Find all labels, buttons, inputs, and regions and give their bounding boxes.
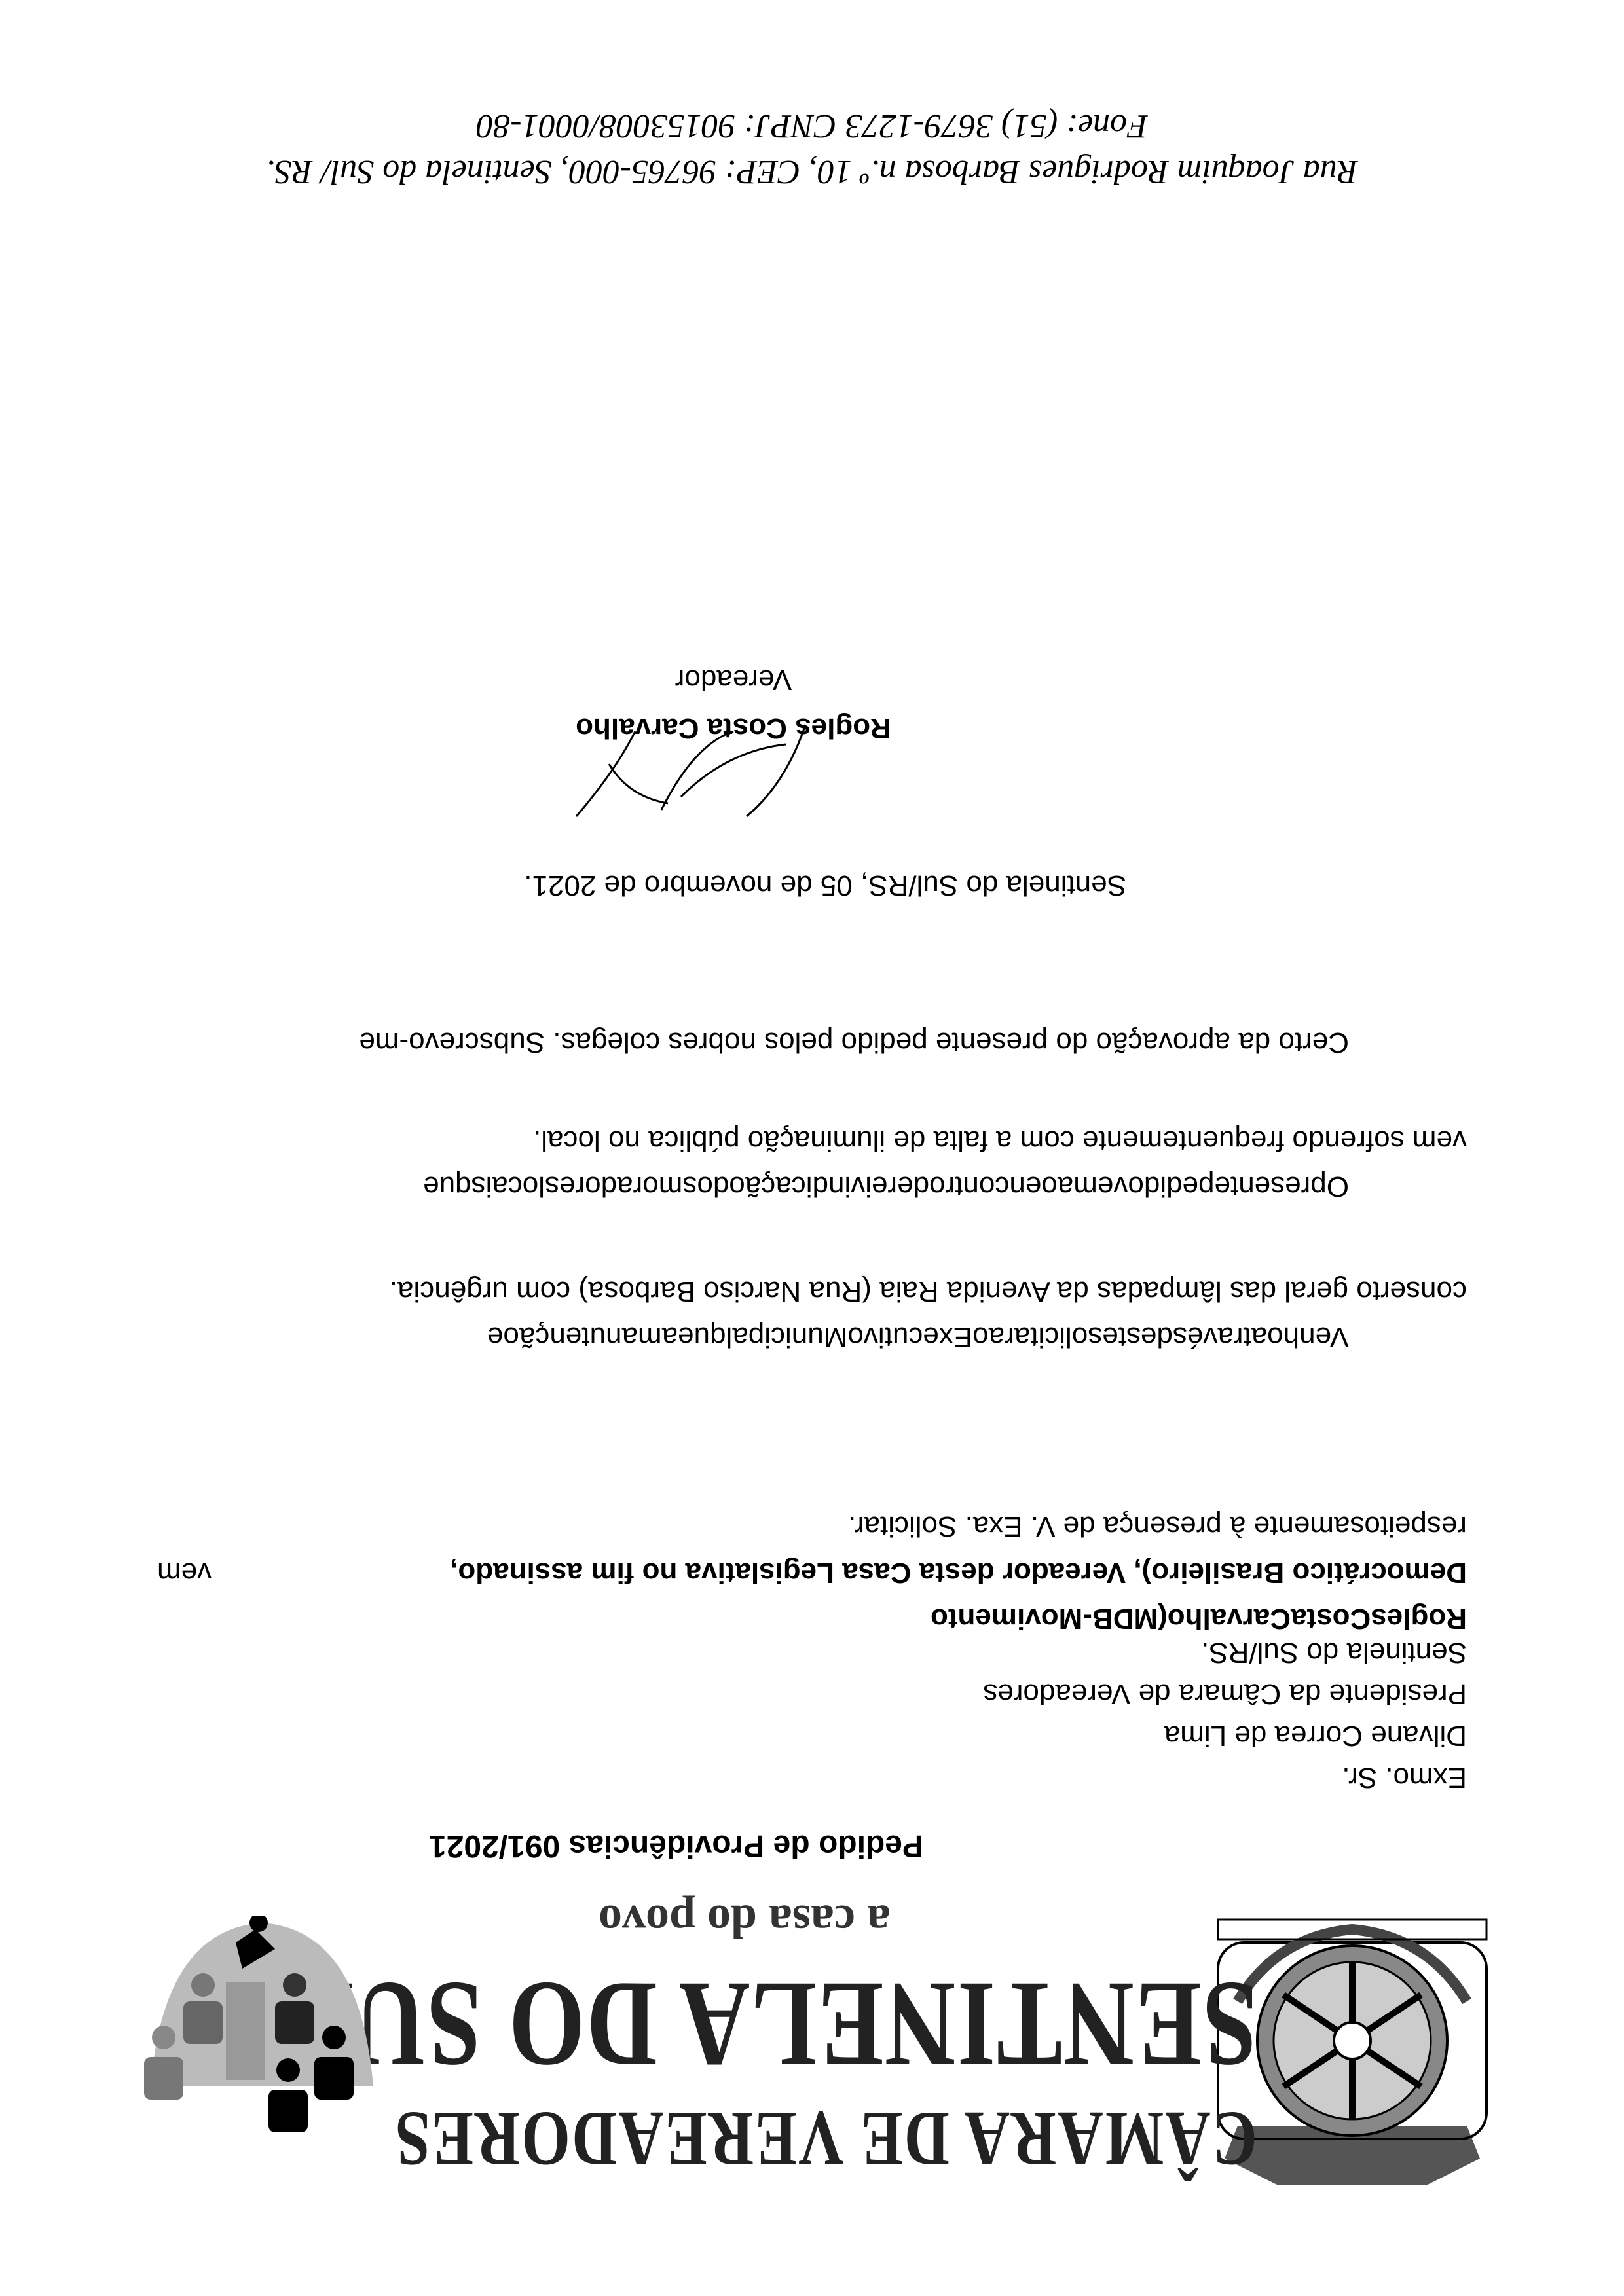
word: que bbox=[678, 1321, 726, 1353]
word: pedido bbox=[1128, 1171, 1214, 1203]
institution-name: CÂMARA DE VEREADORES SENTINELA DO SUL a … bbox=[406, 1894, 1257, 2185]
intro-line-1: RoglesCostaCarvalho(MDB-Movimento bbox=[157, 1595, 1467, 1641]
intro-line-2: Democrático Brasileiro), Vereador desta … bbox=[157, 1549, 1467, 1595]
word: e bbox=[487, 1321, 503, 1353]
word: Carvalho bbox=[1168, 1603, 1291, 1635]
word: vem bbox=[1073, 1171, 1128, 1203]
closing-line: Certo da aprovação do presente pedido pe… bbox=[157, 1019, 1349, 1065]
addressee-block: Exmo. Sr. Dilvane Correa de Lima Preside… bbox=[983, 1631, 1467, 1798]
word: Costa bbox=[1291, 1603, 1371, 1635]
word: solicitar bbox=[1005, 1321, 1102, 1353]
address-line: Rua Joaquim Rodrigues Barbosa n.º 10, CE… bbox=[0, 149, 1624, 194]
word: manutenção bbox=[503, 1321, 661, 1353]
addressee-line: Exmo. Sr. bbox=[983, 1757, 1467, 1798]
word: (MDB bbox=[1092, 1603, 1168, 1635]
slogan: a casa do povo bbox=[406, 1894, 891, 1948]
word: a bbox=[662, 1321, 678, 1353]
signer-name: Rogles Costa Carvalho bbox=[478, 705, 989, 751]
addressee-line: Dilvane Correa de Lima bbox=[983, 1715, 1467, 1757]
word: ao bbox=[972, 1321, 1005, 1353]
word: de bbox=[897, 1171, 929, 1203]
institution-line1: CÂMARA DE VEREADORES bbox=[406, 2094, 1257, 2185]
date-line: Sentinela do Sul/RS, 05 de novembro de 2… bbox=[524, 862, 1126, 908]
document-title: Pedido de Providências 091/2021 bbox=[429, 1820, 923, 1870]
chamber-emblem-icon bbox=[124, 1916, 399, 2191]
signer-role: Vereador bbox=[478, 656, 989, 702]
word: que bbox=[423, 1171, 471, 1203]
request-line-1: VenhoatravésdestesolicitaraoExecutivoMun… bbox=[157, 1314, 1349, 1360]
scanned-document-page: CÂMARA DE VEREADORES SENTINELA DO SUL a … bbox=[0, 0, 1624, 2296]
intro-line-2-rest: vem bbox=[157, 1549, 212, 1595]
institution-line2: SENTINELA DO SUL bbox=[406, 1963, 1257, 2086]
word: O bbox=[1327, 1171, 1349, 1203]
word: reivindicação bbox=[729, 1171, 897, 1203]
word: Municipal bbox=[726, 1321, 848, 1353]
justification-line-2: vem sofrendo frequentemente com a falta … bbox=[157, 1117, 1467, 1163]
word: moradores bbox=[545, 1171, 682, 1203]
request-line-2: conserto geral das lâmpadas da Avenida R… bbox=[157, 1267, 1467, 1313]
word: ao bbox=[1041, 1171, 1073, 1203]
justification-paragraph: Opresentepedidovemaoencontrodereivindica… bbox=[157, 1117, 1467, 1209]
signer-block: Rogles Costa Carvalho Vereador bbox=[478, 656, 989, 751]
word: Venho bbox=[1267, 1321, 1349, 1353]
word: presente bbox=[1215, 1171, 1327, 1203]
justification-line-1: Opresentepedidovemaoencontrodereivindica… bbox=[157, 1163, 1349, 1209]
intro-line-2-bold: Democrático Brasileiro), Vereador desta … bbox=[450, 1549, 1467, 1595]
addressee-line: Presidente da Câmara de Vereadores bbox=[983, 1673, 1467, 1715]
intro-line-3: respeitosamente à presença de V. Exa. So… bbox=[157, 1503, 1467, 1549]
request-paragraph: VenhoatravésdestesolicitaraoExecutivoMun… bbox=[157, 1267, 1467, 1360]
word: Executivo bbox=[847, 1321, 972, 1353]
word: encontro bbox=[929, 1171, 1041, 1203]
word: Movimento bbox=[931, 1603, 1082, 1635]
word: Rogles bbox=[1371, 1603, 1467, 1635]
word: locais bbox=[471, 1171, 545, 1203]
word: através bbox=[1173, 1321, 1267, 1353]
letterhead: CÂMARA DE VEREADORES SENTINELA DO SUL a … bbox=[0, 1982, 1624, 2296]
footer-address: Rua Joaquim Rodrigues Barbosa n.º 10, CE… bbox=[0, 103, 1624, 194]
closing-paragraph: Certo da aprovação do presente pedido pe… bbox=[157, 1019, 1467, 1065]
word: - bbox=[1082, 1603, 1092, 1635]
contact-line: Fone: (51) 3679-1273 CNPJ: 90153008/0001… bbox=[0, 103, 1624, 149]
word: dos bbox=[682, 1171, 729, 1203]
intro-paragraph: RoglesCostaCarvalho(MDB-Movimento Democr… bbox=[157, 1503, 1467, 1641]
word: deste bbox=[1102, 1321, 1173, 1353]
